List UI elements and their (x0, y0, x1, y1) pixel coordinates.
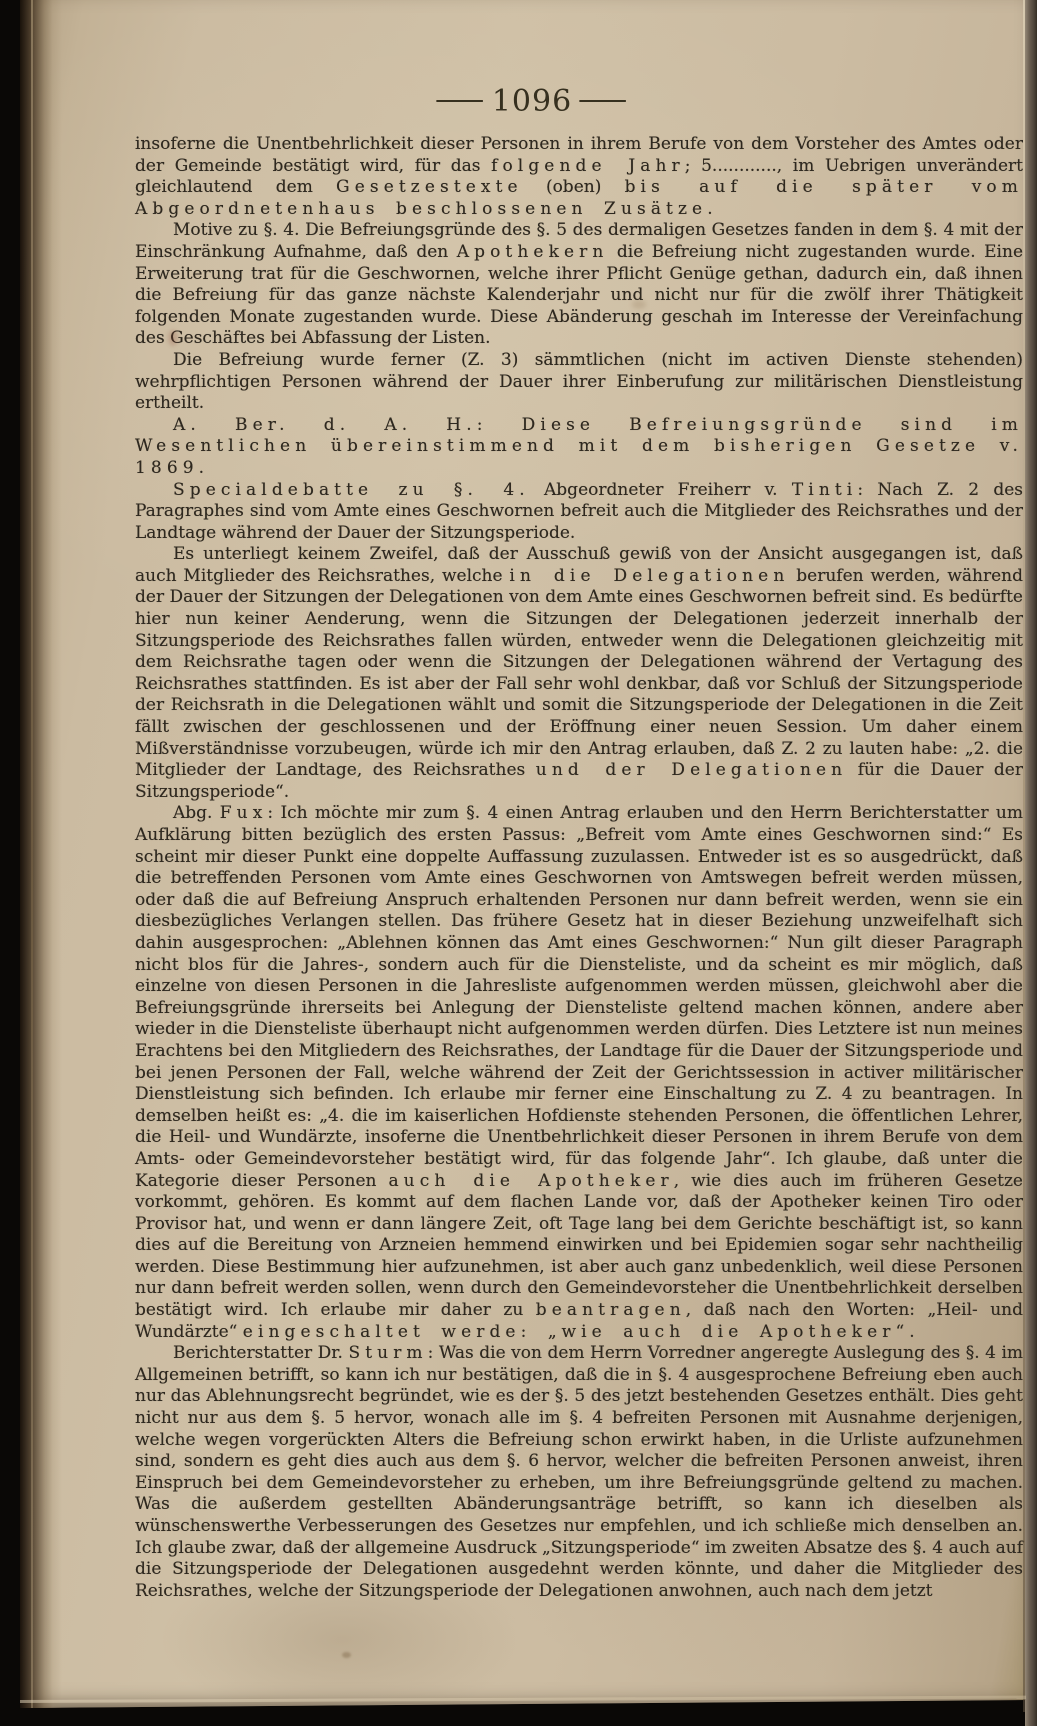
spaced-emphasis-text: auch die Apotheker (388, 1171, 673, 1191)
binding-edge-line (31, 0, 33, 1708)
spaced-emphasis-text: Specialdebatte zu §. 4. (173, 480, 530, 500)
paragraph-3: Die Befreiung wurde ferner (Z. 3) sämmtl… (135, 350, 1023, 415)
paragraph-1: insoferne die Unentbehrlichkeit dieser P… (135, 134, 1023, 220)
text-run: Die Befreiung wurde ferner (Z. 3) sämmtl… (135, 350, 1023, 413)
spaced-emphasis-text: eingeschaltet werde: „wie auch die Apoth… (243, 1322, 920, 1342)
page-number: 1096 (492, 84, 572, 119)
spaced-emphasis-text: beantragen (536, 1300, 686, 1320)
spaced-emphasis-text: Tinti (792, 480, 858, 500)
foxing-speck (632, 300, 646, 309)
paragraph-5: Specialdebatte zu §. 4. Abgeordneter Fre… (135, 480, 1023, 545)
spaced-emphasis-text: A. Ber. d. A. H.: Diese Befreiungsgründe… (135, 415, 1023, 478)
spaced-emphasis-text: Fux (220, 803, 268, 823)
text-block: insoferne die Unentbehrlichkeit dieser P… (135, 134, 1023, 1602)
paragraph-7: Abg. Fux: Ich möchte mir zum §. 4 einen … (135, 803, 1023, 1343)
text-run: : Was die von dem Herrn Vorredner angere… (135, 1343, 1023, 1601)
text-run: Abg. (173, 803, 220, 823)
spaced-emphasis-text: Gesetzestexte (336, 177, 523, 197)
spaced-emphasis-text: Sturm (348, 1343, 427, 1363)
text-run: Berichterstatter Dr. (173, 1343, 348, 1363)
foxing-speck (168, 330, 178, 346)
text-run: Abgeordneter Freiherr v. (530, 480, 792, 500)
spaced-emphasis-text: und der Delegationen (536, 760, 847, 780)
text-run: : Ich möchte mir zum §. 4 einen Antrag e… (135, 803, 1023, 1190)
header-dash-right: — (577, 82, 630, 117)
paragraph-8: Berichterstatter Dr. Sturm: Was die von … (135, 1343, 1023, 1602)
paragraph-2: Motive zu §. 4. Die Befreiungsgründe des… (135, 220, 1023, 350)
book-scan: —1096— insoferne die Unentbehrlichkeit d… (0, 0, 1037, 1726)
paragraph-4: A. Ber. d. A. H.: Diese Befreiungsgründe… (135, 415, 1023, 480)
paragraph-6: Es unterliegt keinem Zweifel, daß der Au… (135, 544, 1023, 803)
spaced-emphasis-text: folgende Jahr (491, 156, 685, 176)
binding-shadow (20, 0, 62, 1708)
foxing-speck (342, 1652, 351, 1658)
text-run: , wie dies auch im früheren Gesetze vork… (135, 1171, 1023, 1321)
spaced-emphasis-text: in die Delegationen (509, 566, 789, 586)
text-run: (oben) (523, 177, 625, 197)
text-run: berufen werden, während der Dauer der Si… (135, 566, 1023, 780)
spaced-emphasis-text: Apothekern (457, 242, 609, 262)
page-header: —1096— (427, 84, 637, 119)
book-page: —1096— insoferne die Unentbehrlichkeit d… (20, 0, 1026, 1708)
header-dash-left: — (434, 82, 487, 117)
page-edge-stack (1025, 0, 1037, 1726)
